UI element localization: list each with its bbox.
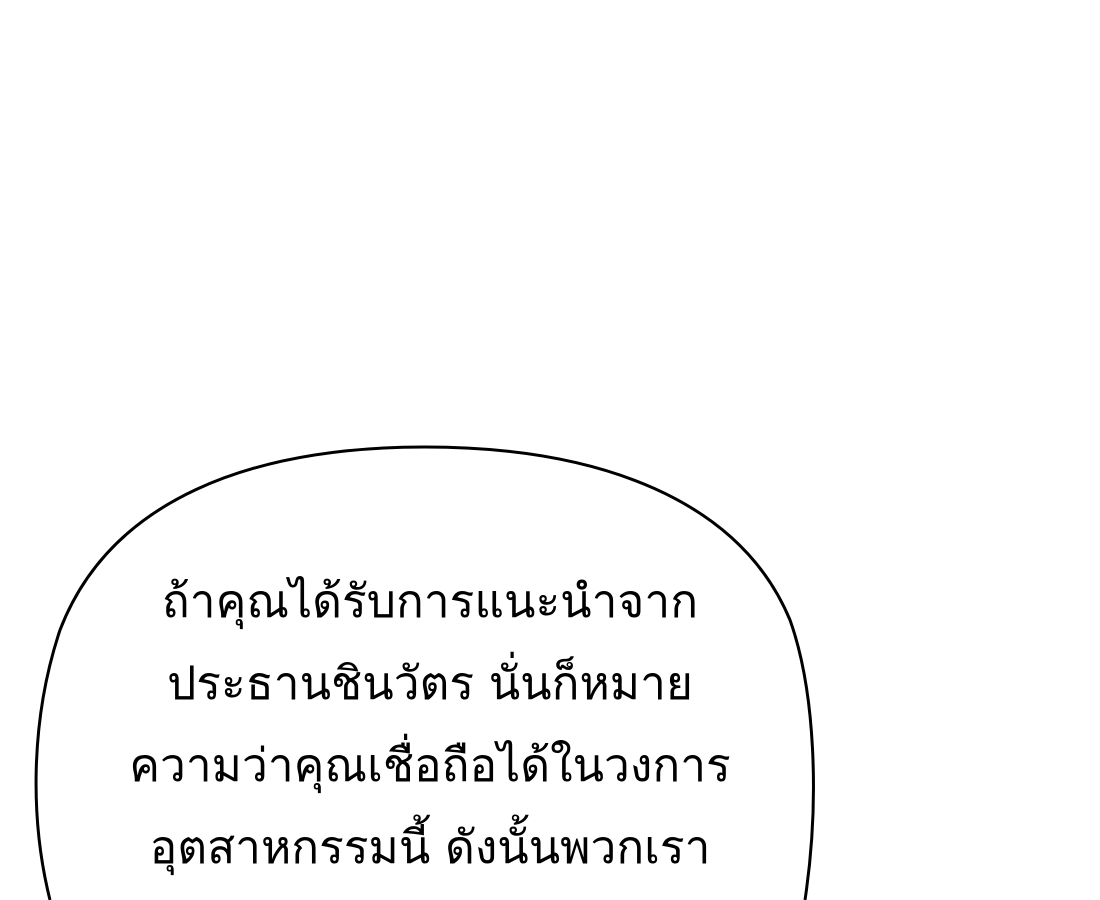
dialogue-line-2: ประธานชินวัตร นั่นก็หมาย — [60, 642, 800, 724]
dialogue-line-3: ความว่าคุณเชื่อถือได้ในวงการ — [60, 724, 800, 806]
dialogue-line-4: อุตสาหกรรมนี้ ดังนั้นพวกเรา — [60, 806, 800, 888]
dialogue-line-1: ถ้าคุณได้รับการแนะนำจาก — [60, 560, 800, 642]
comic-panel: ถ้าคุณได้รับการแนะนำจาก ประธานชินวัตร นั… — [0, 0, 1100, 900]
speech-bubble-text: ถ้าคุณได้รับการแนะนำจาก ประธานชินวัตร นั… — [60, 560, 800, 888]
